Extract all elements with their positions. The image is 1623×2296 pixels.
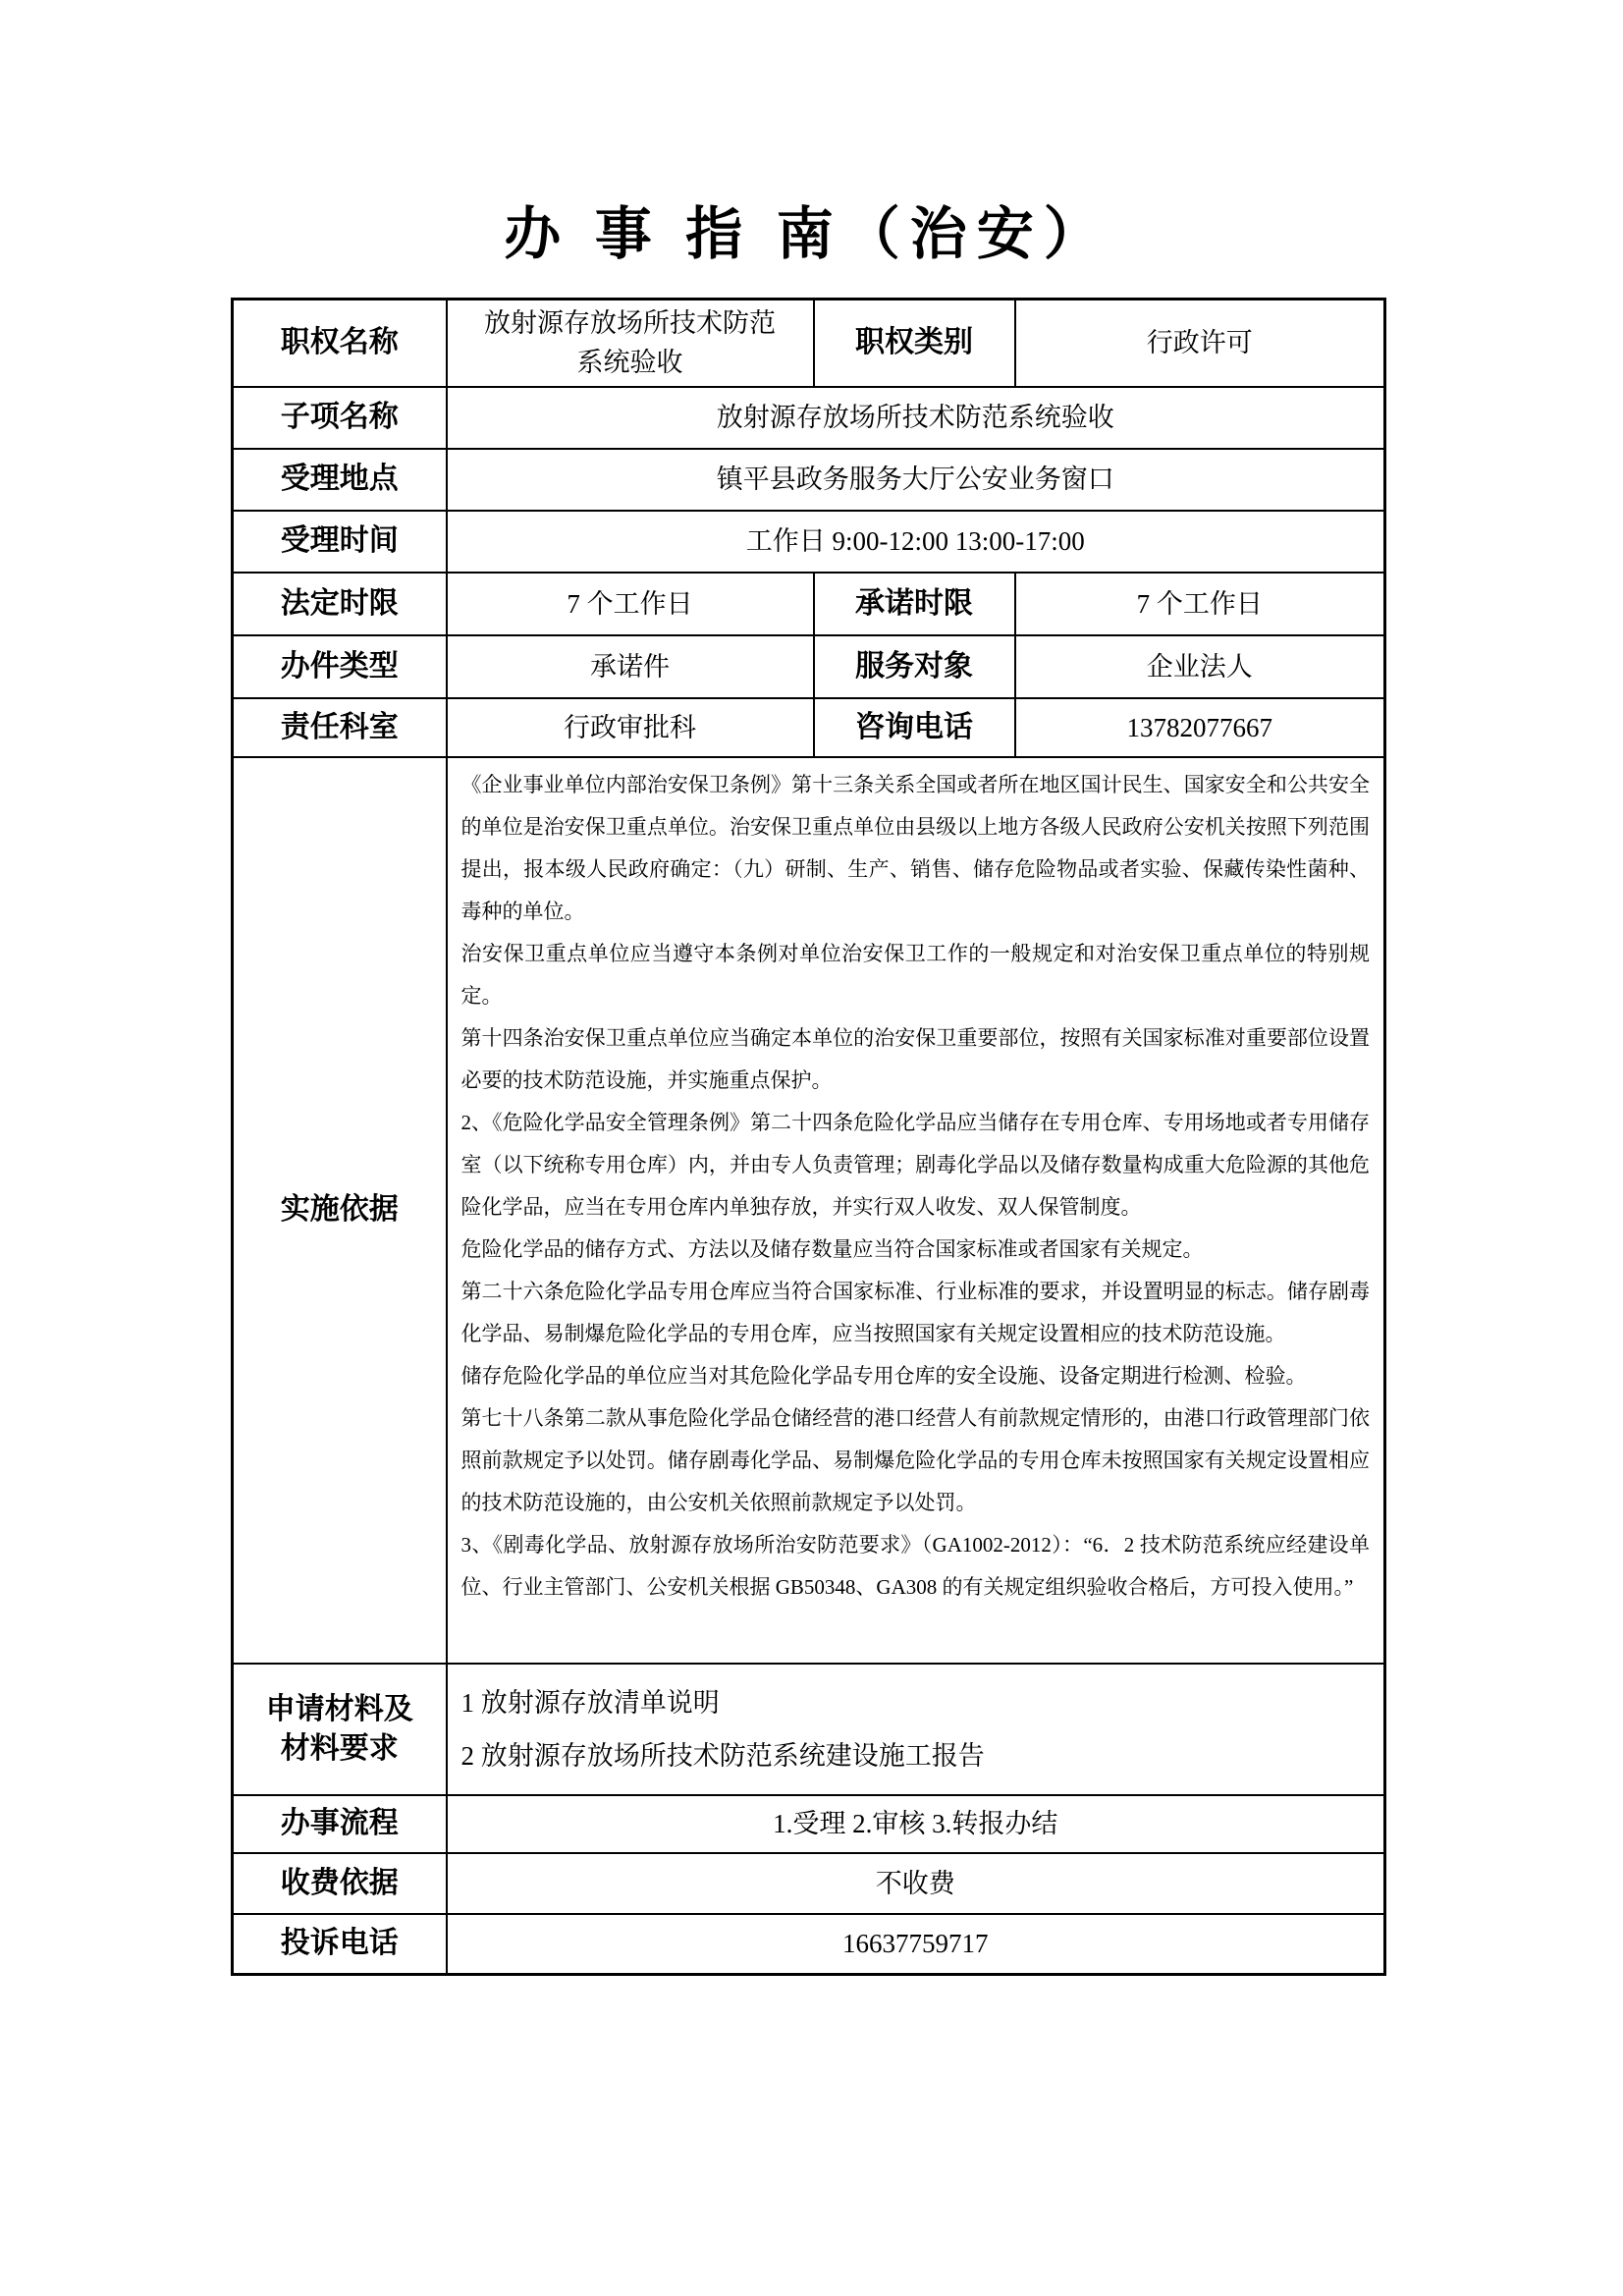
sub-item-name-value: 放射源存放场所技术防范系统验收 (447, 387, 1385, 449)
service-target-label: 服务对象 (814, 635, 1015, 698)
complaint-phone-label: 投诉电话 (233, 1914, 447, 1975)
responsible-dept-label: 责任科室 (233, 698, 447, 757)
fee-basis-label: 收费依据 (233, 1853, 447, 1914)
responsible-dept-value: 行政审批科 (447, 698, 814, 757)
document-page: 办 事 指 南（治安） 职权名称 放射源存放场所技术防范 系统验收 职权类别 行… (0, 0, 1623, 2296)
item-type-value: 承诺件 (447, 635, 814, 698)
implementation-basis-value: 《企业事业单位内部治安保卫条例》第十三条关系全国或者所在地区国计民生、国家安全和… (447, 757, 1385, 1664)
implementation-basis-label: 实施依据 (233, 757, 447, 1664)
process-value: 1.受理 2.审核 3.转报办结 (447, 1795, 1385, 1853)
implementation-basis-paragraph: 储存危险化学品的单位应当对其危险化学品专用仓库的安全设施、设备定期进行检测、检验… (461, 1355, 1371, 1397)
application-material-item: 1 放射源存放清单说明 (461, 1676, 1373, 1729)
application-material-item: 2 放射源存放场所技术防范系统建设施工报告 (461, 1729, 1373, 1782)
legal-time-limit-value: 7 个工作日 (447, 573, 814, 635)
complaint-phone-value: 16637759717 (447, 1914, 1385, 1975)
implementation-basis-paragraph: 治安保卫重点单位应当遵守本条例对单位治安保卫工作的一般规定和对治安保卫重点单位的… (461, 933, 1371, 1017)
implementation-basis-paragraph: 2、《危险化学品安全管理条例》第二十四条危险化学品应当储存在专用仓库、专用场地或… (461, 1102, 1371, 1229)
acceptance-place-value: 镇平县政务服务大厅公安业务窗口 (447, 449, 1385, 511)
table-row: 投诉电话 16637759717 (233, 1914, 1385, 1975)
item-type-label: 办件类型 (233, 635, 447, 698)
table-row: 子项名称 放射源存放场所技术防范系统验收 (233, 387, 1385, 449)
legal-time-limit-label: 法定时限 (233, 573, 447, 635)
process-label: 办事流程 (233, 1795, 447, 1853)
authority-name-label: 职权名称 (233, 300, 447, 387)
promised-time-limit-label: 承诺时限 (814, 573, 1015, 635)
table-row: 收费依据 不收费 (233, 1853, 1385, 1914)
implementation-basis-paragraph: 第七十八条第二款从事危险化学品仓储经营的港口经营人有前款规定情形的，由港口行政管… (461, 1397, 1371, 1524)
table-row: 职权名称 放射源存放场所技术防范 系统验收 职权类别 行政许可 (233, 300, 1385, 387)
sub-item-name-label: 子项名称 (233, 387, 447, 449)
acceptance-time-label: 受理时间 (233, 511, 447, 573)
table-row: 受理时间 工作日 9:00-12:00 13:00-17:00 (233, 511, 1385, 573)
application-materials-value: 1 放射源存放清单说明 2 放射源存放场所技术防范系统建设施工报告 (447, 1664, 1385, 1795)
implementation-basis-paragraph: 3、《剧毒化学品、放射源存放场所治安防范要求》（GA1002-2012）：“6．… (461, 1524, 1371, 1609)
fee-basis-value: 不收费 (447, 1853, 1385, 1914)
acceptance-place-label: 受理地点 (233, 449, 447, 511)
table-row: 办件类型 承诺件 服务对象 企业法人 (233, 635, 1385, 698)
table-row: 法定时限 7 个工作日 承诺时限 7 个工作日 (233, 573, 1385, 635)
implementation-basis-paragraph: 《企业事业单位内部治安保卫条例》第十三条关系全国或者所在地区国计民生、国家安全和… (461, 764, 1371, 933)
consult-phone-value: 13782077667 (1015, 698, 1385, 757)
acceptance-time-value: 工作日 9:00-12:00 13:00-17:00 (447, 511, 1385, 573)
consult-phone-label: 咨询电话 (814, 698, 1015, 757)
authority-type-label: 职权类别 (814, 300, 1015, 387)
table-row: 申请材料及 材料要求 1 放射源存放清单说明 2 放射源存放场所技术防范系统建设… (233, 1664, 1385, 1795)
table-row: 责任科室 行政审批科 咨询电话 13782077667 (233, 698, 1385, 757)
authority-type-value: 行政许可 (1015, 300, 1385, 387)
service-guide-table: 职权名称 放射源存放场所技术防范 系统验收 职权类别 行政许可 子项名称 放射源… (231, 298, 1386, 1976)
table-row: 实施依据 《企业事业单位内部治安保卫条例》第十三条关系全国或者所在地区国计民生、… (233, 757, 1385, 1664)
implementation-basis-paragraph: 第十四条治安保卫重点单位应当确定本单位的治安保卫重要部位，按照有关国家标准对重要… (461, 1017, 1371, 1102)
service-target-value: 企业法人 (1015, 635, 1385, 698)
implementation-basis-paragraph: 危险化学品的储存方式、方法以及储存数量应当符合国家标准或者国家有关规定。 (461, 1229, 1371, 1271)
promised-time-limit-value: 7 个工作日 (1015, 573, 1385, 635)
page-title: 办 事 指 南（治安） (231, 196, 1383, 273)
authority-name-value: 放射源存放场所技术防范 系统验收 (447, 300, 814, 387)
implementation-basis-paragraph: 第二十六条危险化学品专用仓库应当符合国家标准、行业标准的要求，并设置明显的标志。… (461, 1271, 1371, 1355)
application-materials-label: 申请材料及 材料要求 (233, 1664, 447, 1795)
table-row: 受理地点 镇平县政务服务大厅公安业务窗口 (233, 449, 1385, 511)
table-row: 办事流程 1.受理 2.审核 3.转报办结 (233, 1795, 1385, 1853)
